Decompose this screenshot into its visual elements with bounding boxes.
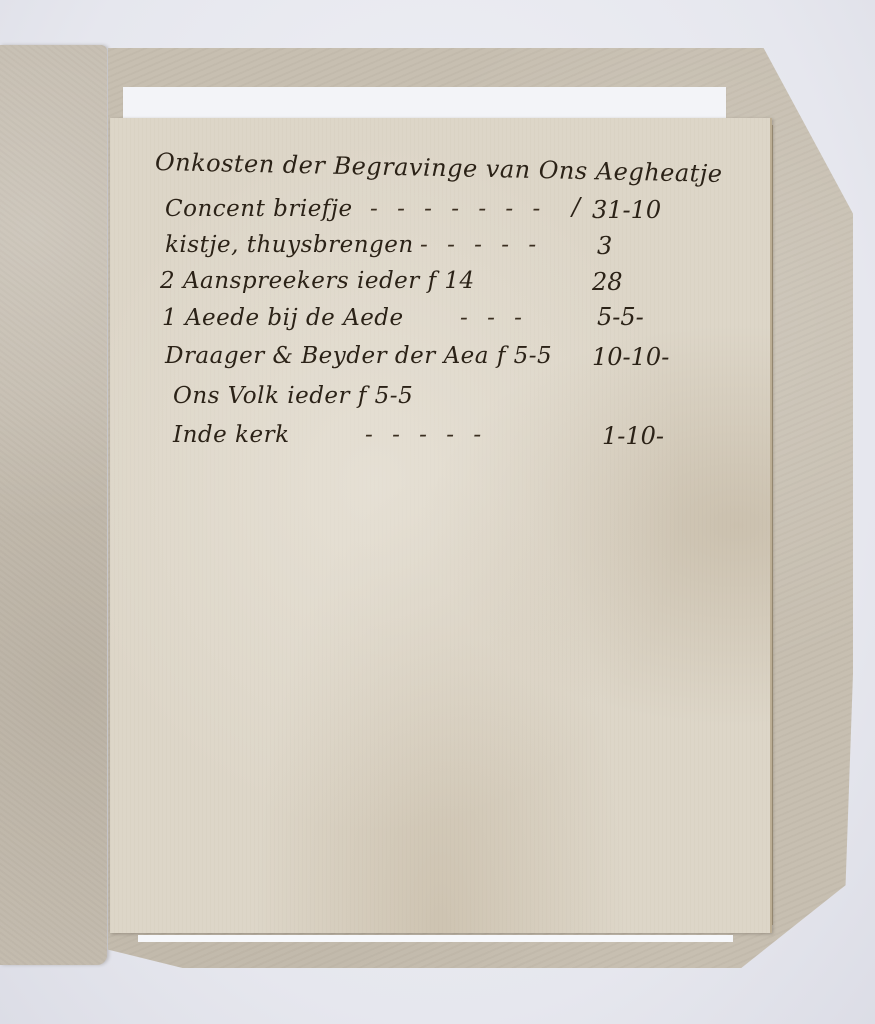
folder-left-flap bbox=[0, 45, 107, 965]
support-strip-bottom bbox=[138, 935, 733, 942]
entry-leader: - - - bbox=[460, 305, 528, 331]
entry-label: 2 Aanspreekers ieder f 14 bbox=[160, 268, 475, 294]
entry-leader: - - - - - bbox=[365, 422, 487, 448]
entry-leader: - - - - - bbox=[420, 232, 542, 258]
entry-amount: 5-5- bbox=[597, 303, 644, 331]
entry-label: kistje, thuysbrengen bbox=[165, 232, 414, 258]
entry-leader: - - - - - - - bbox=[370, 196, 546, 222]
entry-label: 1 Aeede bij de Aede bbox=[162, 305, 404, 331]
entry-amount: 1-10- bbox=[602, 422, 664, 450]
entry-label: Draager & Beyder der Aea f 5-5 bbox=[165, 343, 552, 369]
entry-amount: 31-10 bbox=[592, 196, 661, 224]
entry-amount: 10-10- bbox=[592, 343, 669, 371]
entry-label: Concent briefje bbox=[165, 196, 353, 222]
currency-mark: / bbox=[572, 193, 580, 221]
entry-amount: 3 bbox=[597, 232, 612, 260]
entry-label: Ons Volk ieder f 5-5 bbox=[173, 383, 413, 409]
entry-label: Inde kerk bbox=[173, 422, 290, 448]
entry-amount: 28 bbox=[592, 268, 623, 296]
support-strip-top bbox=[123, 87, 726, 121]
